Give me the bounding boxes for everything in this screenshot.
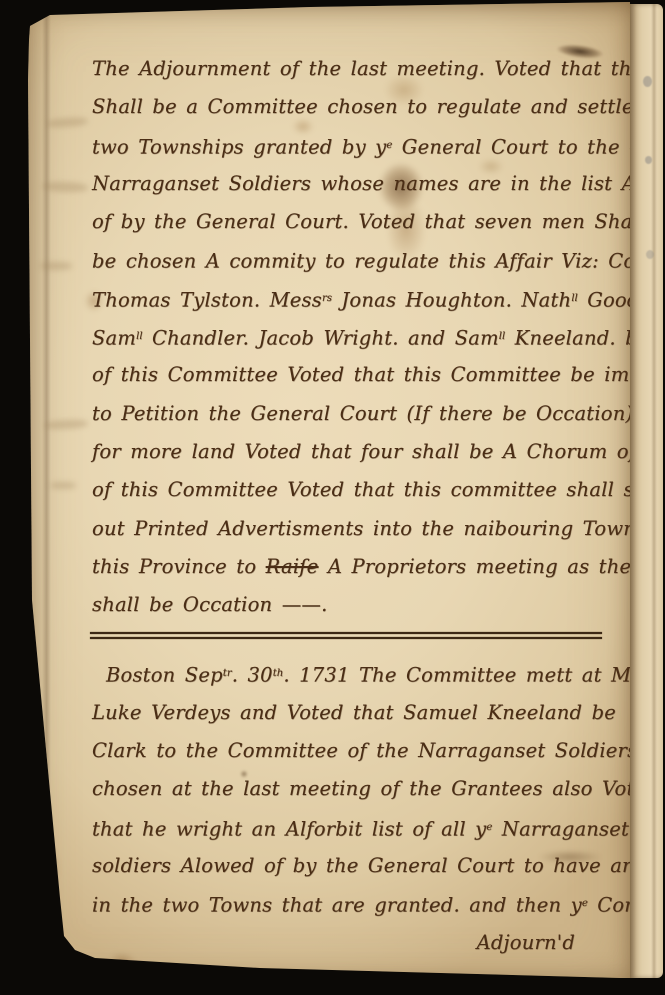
manuscript-line: that he wright an Alforbit list of all y… — [92, 809, 630, 847]
section-divider-rule — [90, 632, 602, 639]
paper-speck — [646, 250, 654, 259]
divider-rule-bottom — [90, 637, 602, 639]
page-crease — [651, 4, 657, 978]
manuscript-line: two Townships granted by ye General Cour… — [92, 127, 630, 165]
manuscript-line: of this Committee Voted that this Commit… — [92, 356, 630, 394]
manuscript-line: shall be Occation ——. — [92, 586, 630, 624]
minutes-entry-previous-meeting: The Adjournment of the last meeting. Vot… — [92, 50, 630, 624]
manuscript-line: Samll Chandler. Jacob Wright. and Samll … — [92, 318, 630, 356]
minutes-entry-boston-1731: Boston Septr. 30th. 1731 The Committee m… — [92, 655, 630, 923]
manuscript-line: soldiers Alowed of by the General Court … — [92, 847, 630, 885]
manuscript-line: this Province to Raiſe A Proprietors mee… — [92, 548, 630, 586]
manuscript-line: The Adjournment of the last meeting. Vot… — [92, 50, 630, 88]
manuscript-line: out Printed Advertisments into the naibo… — [92, 510, 630, 548]
manuscript-line: of by the General Court. Voted that seve… — [92, 203, 630, 241]
manuscript-line: Luke Verdeys and Voted that Samuel Kneel… — [92, 694, 630, 732]
divider-rule-top — [90, 632, 602, 634]
paper-speck — [643, 76, 652, 87]
manuscript-line: be chosen A commity to regulate this Aff… — [92, 241, 630, 279]
manuscript-line: of this Committee Voted that this commit… — [92, 471, 630, 509]
facing-page-edge — [630, 4, 663, 978]
manuscript-line: Boston Septr. 30th. 1731 The Committee m… — [92, 655, 630, 693]
manuscript-line: Clark to the Committee of the Narraganse… — [92, 732, 630, 770]
manuscript-line: to Petition the General Court (If there … — [92, 395, 630, 433]
manuscript-line: Thomas Tylston. Messrs Jonas Houghton. N… — [92, 280, 630, 318]
manuscript-line: for more land Voted that four shall be A… — [92, 433, 630, 471]
manuscript-line: in the two Towns that are granted. and t… — [92, 885, 630, 923]
manuscript-line: Narraganset Soldiers whose names are in … — [92, 165, 630, 203]
paper-speck — [645, 156, 652, 164]
paper-stain — [26, 842, 60, 892]
signoff-adjourned: Adjourn'd — [92, 924, 630, 962]
manuscript-page: The Adjournment of the last meeting. Vot… — [20, 0, 630, 990]
page-content: The Adjournment of the last meeting. Vot… — [20, 0, 630, 990]
manuscript-line: chosen at the last meeting of the Grante… — [92, 770, 630, 808]
photo-background: The Adjournment of the last meeting. Vot… — [0, 0, 665, 995]
manuscript-line: Shall be a Committee chosen to regulate … — [92, 88, 630, 126]
